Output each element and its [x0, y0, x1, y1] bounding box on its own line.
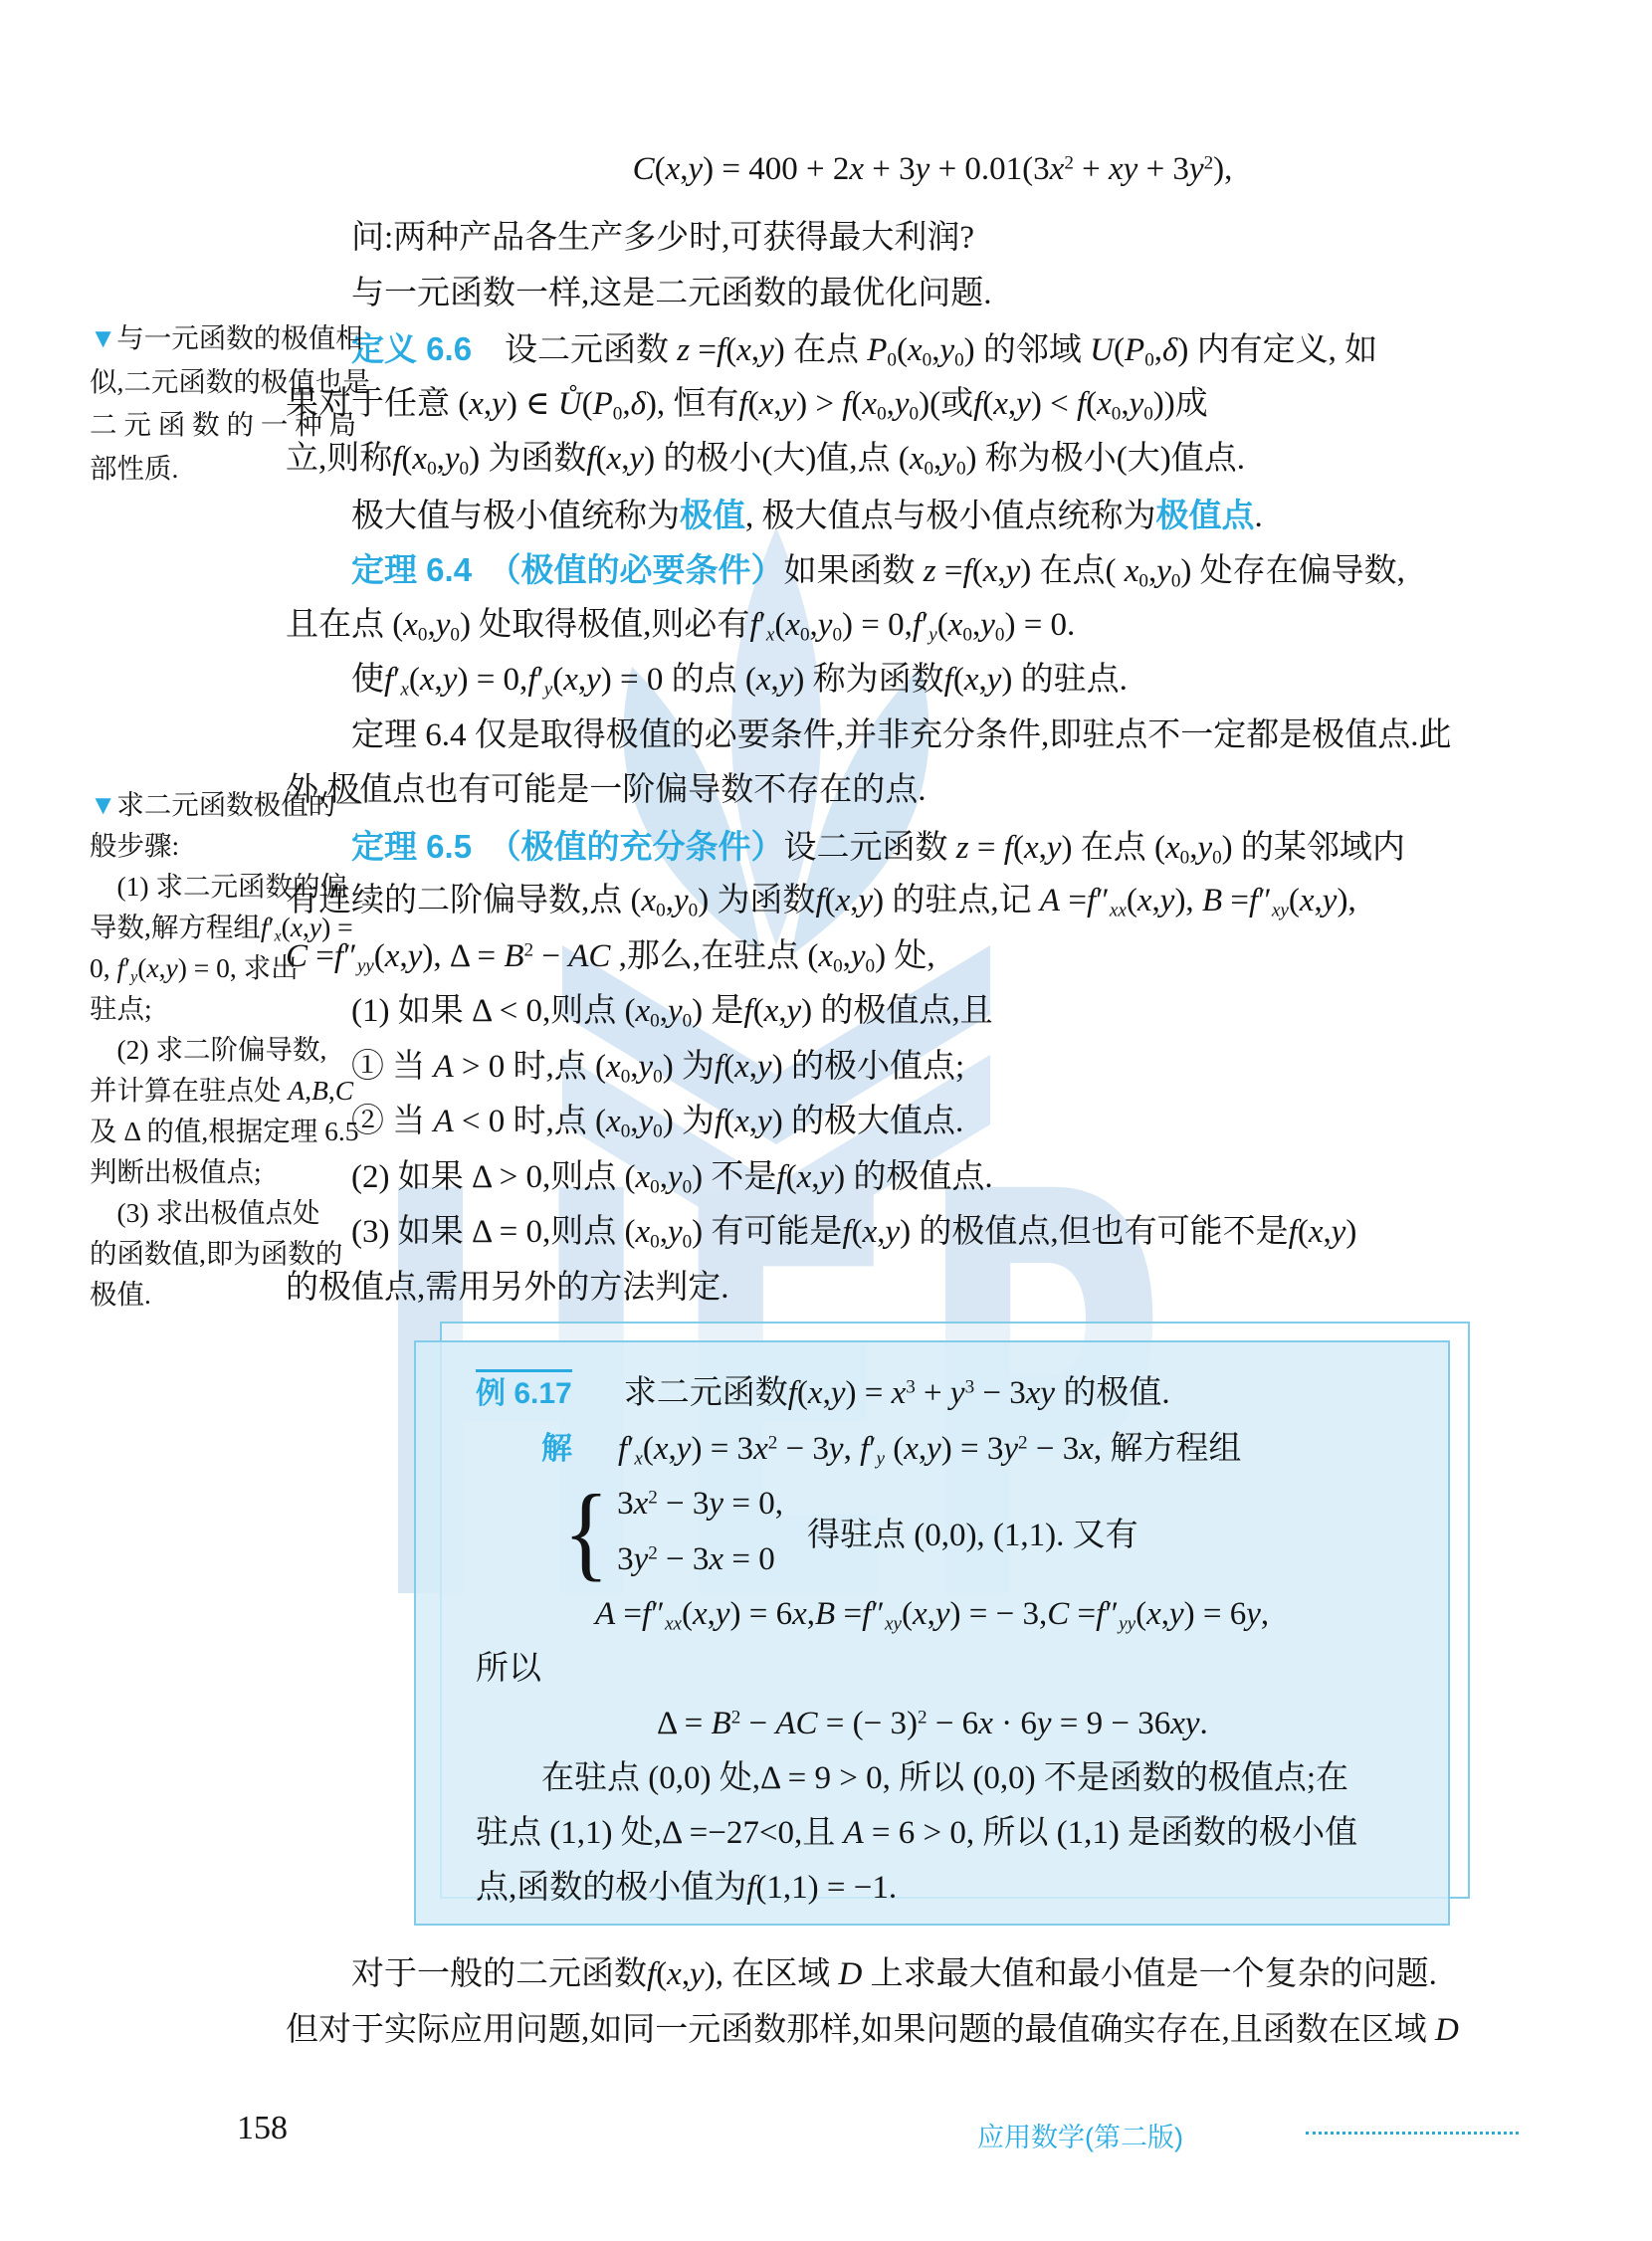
closing-paragraph: 对于一般的二元函数f(x,y), 在区域 D 上求最大值和最小值是一个复杂的问题…	[286, 1946, 1639, 2058]
text-line: 并计算在驻点处 A,B,C	[90, 1070, 326, 1111]
text-line: (2) 求二阶偏导数,	[90, 1029, 326, 1070]
text-line: 与一元函数一样,这是二元函数的最优化问题.	[286, 267, 1639, 322]
text-line: ▼求二元函数极值的一	[90, 784, 326, 825]
text-line: 问:两种产品各生产多少时,可获得最大利润?	[286, 211, 1639, 267]
page-number: 158	[237, 2110, 288, 2147]
cost-function-formula: C(x,y) = 400 + 2x + 3y + 0.01(3x2 + xy +…	[286, 151, 1579, 188]
example-header: 例 6.17求二元函数f(x,y) = x3 + y3 − 3xy 的极值.	[476, 1366, 1428, 1421]
text-line: 且在点 (x0,y0) 处取得极值,则必有f′x(x0,y0) = 0,f′y(…	[286, 598, 1639, 654]
text-line: C =f″yy(x,y), Δ = B2 − AC ,那么,在驻点 (x0,y0…	[286, 929, 1639, 985]
text-line: 0, f′y(x,y) = 0, 求出	[90, 947, 326, 988]
text-line: 的极值点,需用另外的方法判定.	[286, 1261, 1639, 1317]
example-label: 例 6.17	[476, 1369, 572, 1410]
equation-system: { 3x2 − 3y = 0, 3y2 − 3x = 0 得驻点 (0,0), …	[563, 1476, 1428, 1587]
left-brace-icon: {	[563, 1478, 609, 1585]
text-line: 果对于任意 (x,y) ∈ Ů(P0,δ), 恒有f(x,y) > f(x0,y…	[286, 377, 1639, 433]
margin-note-steps: ▼求二元函数极值的一般步骤: (1) 求二元函数的偏导数,解方程组f′x(x,y…	[90, 784, 326, 1315]
example-statement: 求二元函数f(x,y) = x3 + y3 − 3xy 的极值.	[624, 1375, 1170, 1411]
text-line: (3) 求出极值点处	[90, 1192, 326, 1233]
example-box: 例 6.17求二元函数f(x,y) = x3 + y3 − 3xy 的极值. 解…	[414, 1340, 1450, 1926]
text-line: 般步骤:	[90, 825, 326, 866]
second-derivatives-equation: A =f″xx(x,y) = 6x,B =f″xy(x,y) = − 3,C =…	[595, 1587, 1428, 1642]
text-line: 点,函数的极小值为f(1,1) = −1.	[476, 1861, 1428, 1916]
text-line: 定理 6.4 （极值的必要条件）如果函数 z =f(x,y) 在点( x0,y0…	[286, 542, 1639, 598]
text-line: 的函数值,即为函数的	[90, 1233, 326, 1274]
text-line: ② 当 A < 0 时,点 (x0,y0) 为f(x,y) 的极大值点.	[286, 1095, 1639, 1150]
text-line: 部性质.	[90, 447, 326, 491]
text-line: 极大值与极小值统称为极值, 极大值点与极小值点统称为极值点.	[286, 488, 1639, 543]
text-line: 在驻点 (0,0) 处,Δ = 9 > 0, 所以 (0,0) 不是函数的极值点…	[476, 1751, 1428, 1806]
text-line: 导数,解方程组f′x(x,y) =	[90, 907, 326, 947]
text-line: 但对于实际应用问题,如同一元函数那样,如果问题的最值确实存在,且函数在区域 D	[286, 2002, 1639, 2058]
therefore-text: 所以	[476, 1642, 1428, 1697]
text-line: 定义 6.6 设二元函数 z =f(x,y) 在点 P0(x0,y0) 的邻域 …	[286, 321, 1639, 377]
text-line: 定理 6.4 仅是取得极值的必要条件,并非充分条件,即驻点不一定都是极值点.此	[286, 709, 1639, 764]
text-line: (3) 如果 Δ = 0,则点 (x0,y0) 有可能是f(x,y) 的极值点,…	[286, 1205, 1639, 1261]
text-line: 使f′x(x,y) = 0,f′y(x,y) = 0 的点 (x,y) 称为函数…	[286, 653, 1639, 709]
system-equation-1: 3x2 − 3y = 0,	[617, 1476, 783, 1531]
text-line: ① 当 A > 0 时,点 (x0,y0) 为f(x,y) 的极小值点;	[286, 1040, 1639, 1096]
example-solution-line: 解f′x(x,y) = 3x2 − 3y, f′y (x,y) = 3y2 − …	[476, 1421, 1428, 1476]
text-line: 二 元 函 数 的 一 种 局	[90, 403, 326, 447]
text-line: 立,则称f(x0,y0) 为函数f(x,y) 的极小(大)值,点 (x0,y0)…	[286, 432, 1639, 488]
text-line: 定理 6.5 （极值的充分条件）设二元函数 z = f(x,y) 在点 (x0,…	[286, 819, 1639, 875]
text-line: 驻点;	[90, 988, 326, 1029]
stationary-points-note: 得驻点 (0,0), (1,1). 又有	[807, 1509, 1138, 1555]
example-conclusion: 在驻点 (0,0) 处,Δ = 9 > 0, 所以 (0,0) 不是函数的极值点…	[476, 1751, 1428, 1916]
text-line: 判断出极值点;	[90, 1151, 326, 1192]
solution-derivatives: f′x(x,y) = 3x2 − 3y, f′y (x,y) = 3y2 − 3…	[618, 1431, 1241, 1467]
text-line: (1) 求二元函数的偏	[90, 866, 326, 907]
solution-label: 解	[541, 1431, 572, 1466]
text-line: 对于一般的二元函数f(x,y), 在区域 D 上求最大值和最小值是一个复杂的问题…	[286, 1946, 1639, 2002]
margin-note-local-property: ▼与一元函数的极值相似,二元函数的极值也是二 元 函 数 的 一 种 局部性质.	[90, 316, 326, 490]
text-line: (2) 如果 Δ > 0,则点 (x0,y0) 不是f(x,y) 的极值点.	[286, 1150, 1639, 1206]
footer-dotted-rule	[1306, 2132, 1519, 2135]
textbook-page: HEP C(x,y) = 400 + 2x + 3y + 0.01(3x2 + …	[0, 0, 1652, 2241]
text-line: 外,极值点也有可能是一阶偏导数不存在的点.	[286, 763, 1639, 819]
text-line: 驻点 (1,1) 处,Δ =−27<0,且 A = 6 > 0, 所以 (1,1…	[476, 1806, 1428, 1861]
text-line: 极值.	[90, 1274, 326, 1315]
main-text-column: 问:两种产品各生产多少时,可获得最大利润? 与一元函数一样,这是二元函数的最优化…	[286, 211, 1639, 1316]
delta-equation: Δ = B2 − AC = (− 3)2 − 6x · 6y = 9 − 36x…	[657, 1697, 1428, 1751]
text-line: 似,二元函数的极值也是	[90, 360, 326, 404]
system-equation-2: 3y2 − 3x = 0	[617, 1531, 783, 1587]
text-line: (1) 如果 Δ < 0,则点 (x0,y0) 是f(x,y) 的极值点,且	[286, 984, 1639, 1040]
text-line: ▼与一元函数的极值相	[90, 316, 326, 360]
footer-book-title: 应用数学(第二版)	[977, 2116, 1183, 2154]
text-line: 有连续的二阶偏导数,点 (x0,y0) 为函数f(x,y) 的驻点,记 A =f…	[286, 874, 1639, 929]
text-line: 及 Δ 的值,根据定理 6.5	[90, 1111, 326, 1151]
